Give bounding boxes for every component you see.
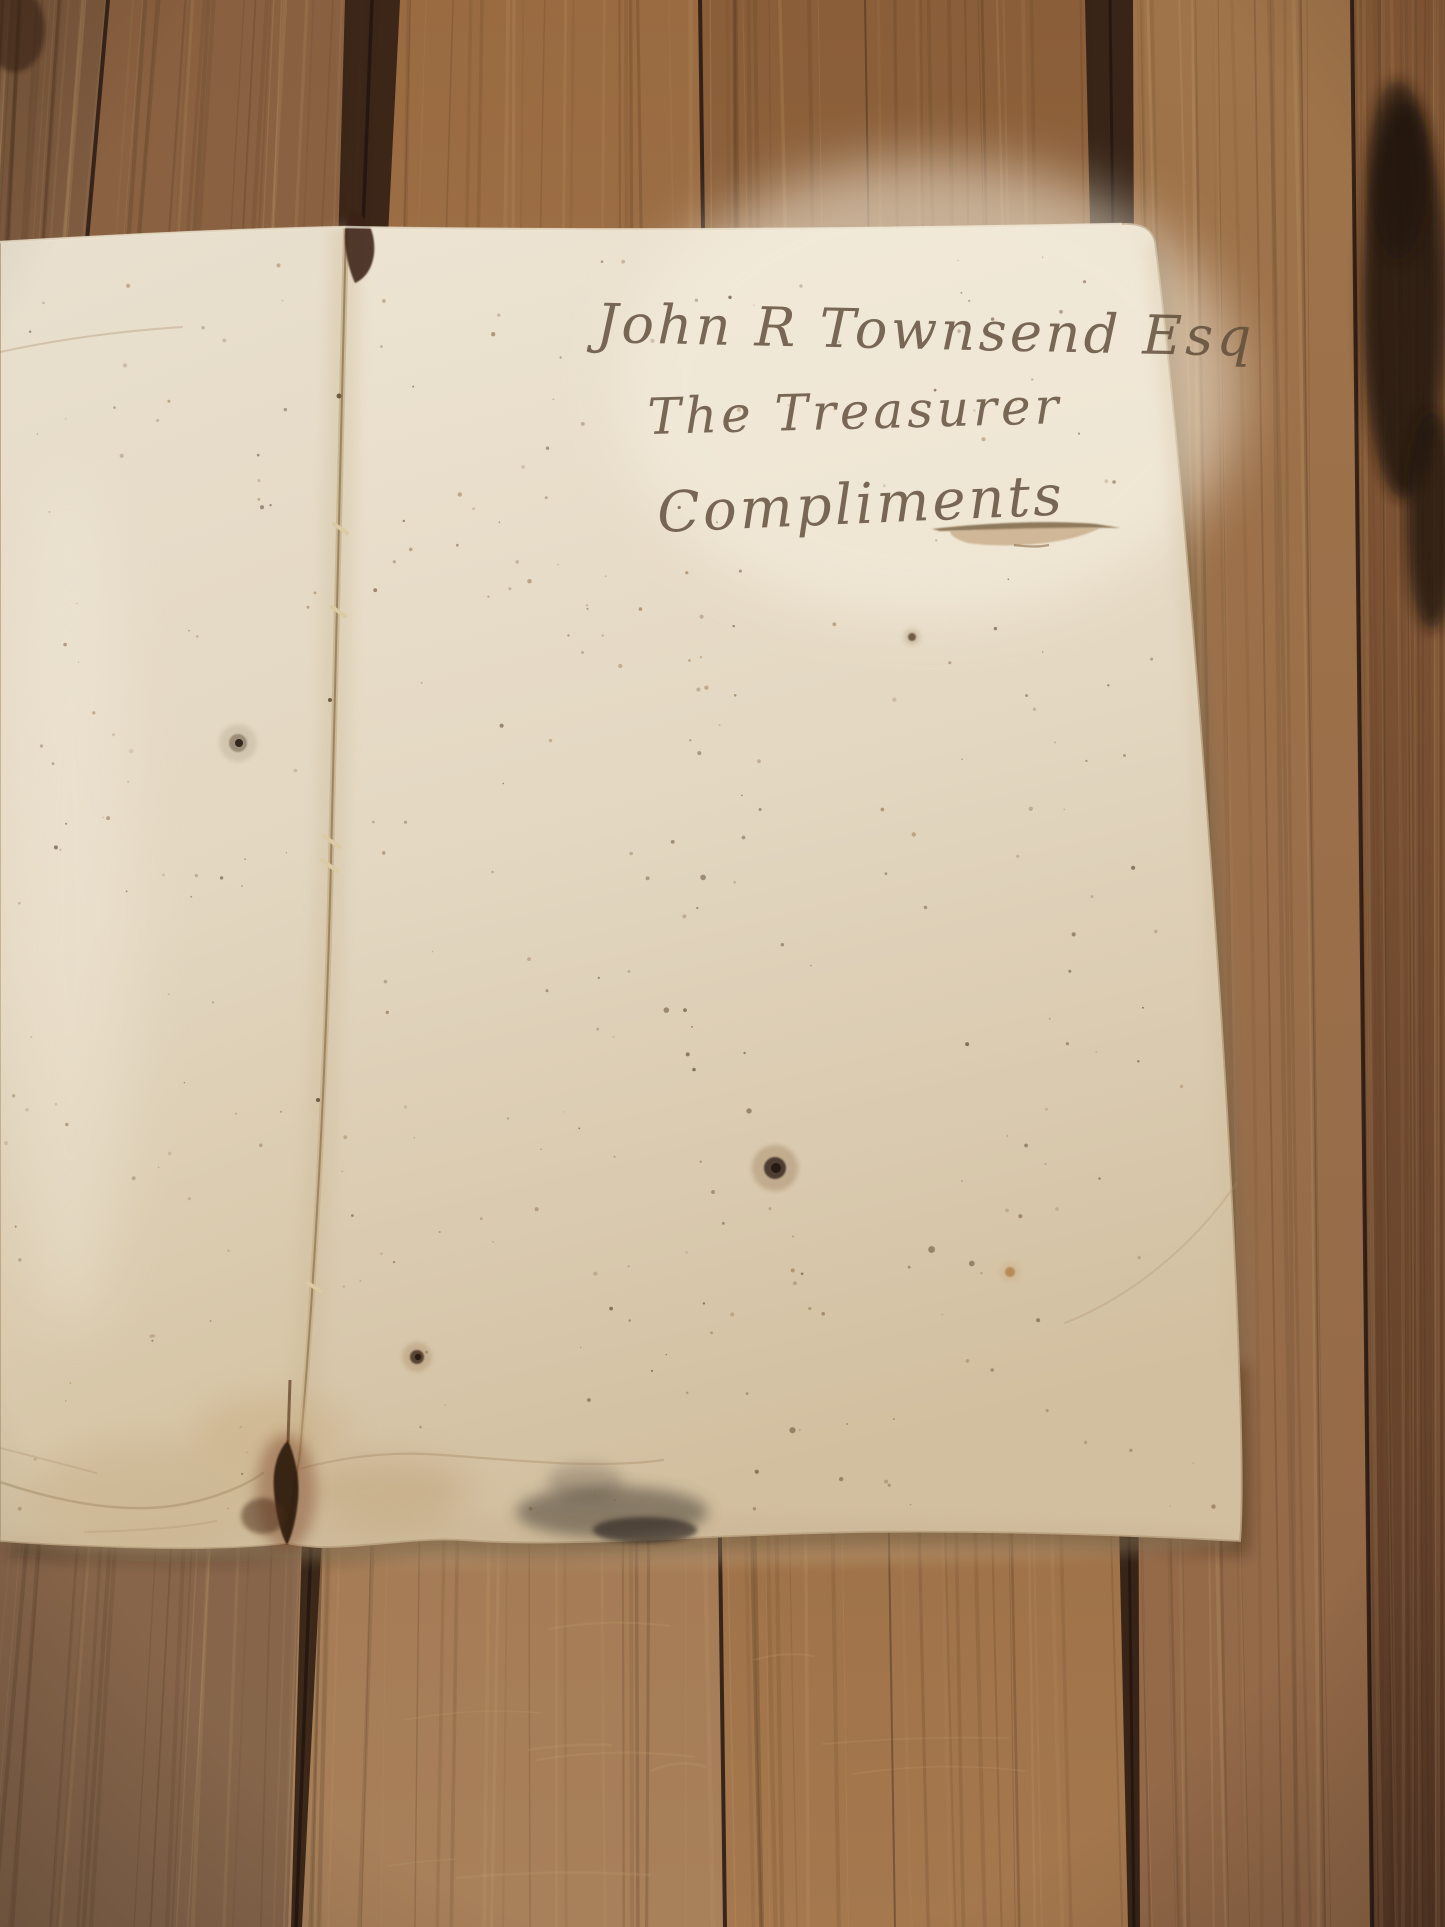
photo-of-antique-booklet: John R Townsend Esq The Treasurer Compli…: [0, 0, 1445, 1927]
photo-vignette: [0, 0, 1445, 1927]
photo-canvas: John R Townsend Esq The Treasurer Compli…: [0, 0, 1445, 1927]
